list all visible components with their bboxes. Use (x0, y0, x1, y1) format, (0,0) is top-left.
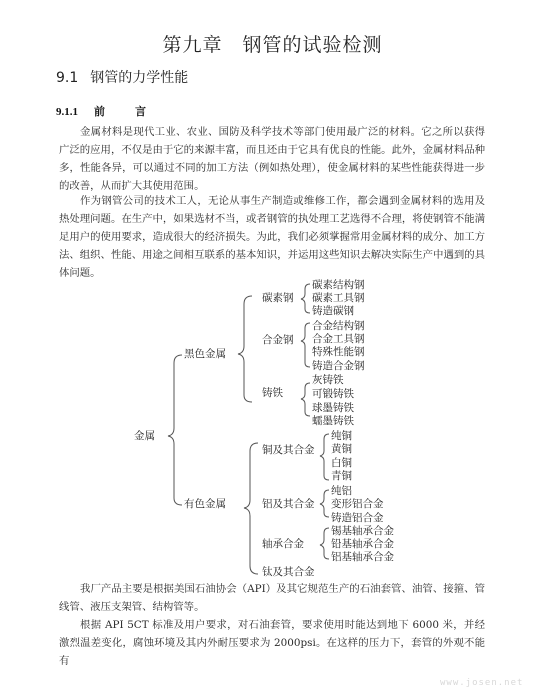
tree-leaf: 碳素工具钢 (312, 292, 365, 305)
paragraph-api-standard: 根据 API 5CT 标准及用户要求，对石油套管，要求使用时能达到地下 6000… (59, 616, 485, 670)
tree-leaf: 变形铝合金 (331, 498, 384, 511)
tree-node-cast-iron: 铸铁 (262, 387, 283, 400)
tree-node-alloy-steel: 合金钢 (262, 334, 294, 347)
paragraph-products: 我厂产品主要是根据美国石油协会（API）及其它规范生产的石油套管、油管、接箍、管… (59, 580, 485, 616)
tree-leaf: 铸造合金钢 (312, 360, 365, 373)
tree-node-carbon-steel: 碳素钢 (262, 292, 294, 305)
tree-leaf: 铝基轴承合金 (331, 551, 394, 564)
tree-leaf: 锡基轴承合金 (331, 525, 394, 538)
tree-leaf: 合金工具钢 (312, 333, 365, 346)
tree-node-titanium: 钛及其合金 (262, 566, 315, 579)
tree-root: 金属 (134, 430, 155, 443)
tree-leaf: 碳素结构钢 (312, 279, 365, 292)
tree-leaf: 铸造铝合金 (331, 512, 384, 525)
tree-leaf: 可锻铸铁 (312, 388, 354, 401)
tree-leaf: 蠕墨铸铁 (312, 415, 354, 428)
tree-leaf: 白铜 (331, 457, 352, 470)
tree-leaf: 铸造碳钢 (312, 305, 354, 318)
watermark: www.josen.net (440, 678, 523, 688)
tree-leaf: 合金结构钢 (312, 320, 365, 333)
tree-node-copper: 铜及其合金 (262, 444, 315, 457)
tree-node-aluminum: 铝及其合金 (262, 498, 315, 511)
tree-leaf: 纯铝 (331, 485, 352, 498)
tree-leaf: 黄铜 (331, 443, 352, 456)
tree-leaf: 青铜 (331, 470, 352, 483)
tree-leaf: 球墨铸铁 (312, 402, 354, 415)
tree-node-bearing: 轴承合金 (262, 538, 304, 551)
tree-leaf: 特殊性能钢 (312, 346, 365, 359)
tree-node-ferrous: 黑色金属 (184, 348, 226, 361)
tree-leaf: 铅基轴承合金 (331, 538, 394, 551)
tree-leaf: 纯铜 (331, 430, 352, 443)
tree-node-nonferrous: 有色金属 (184, 498, 226, 511)
tree-leaf: 灰铸铁 (312, 374, 344, 387)
